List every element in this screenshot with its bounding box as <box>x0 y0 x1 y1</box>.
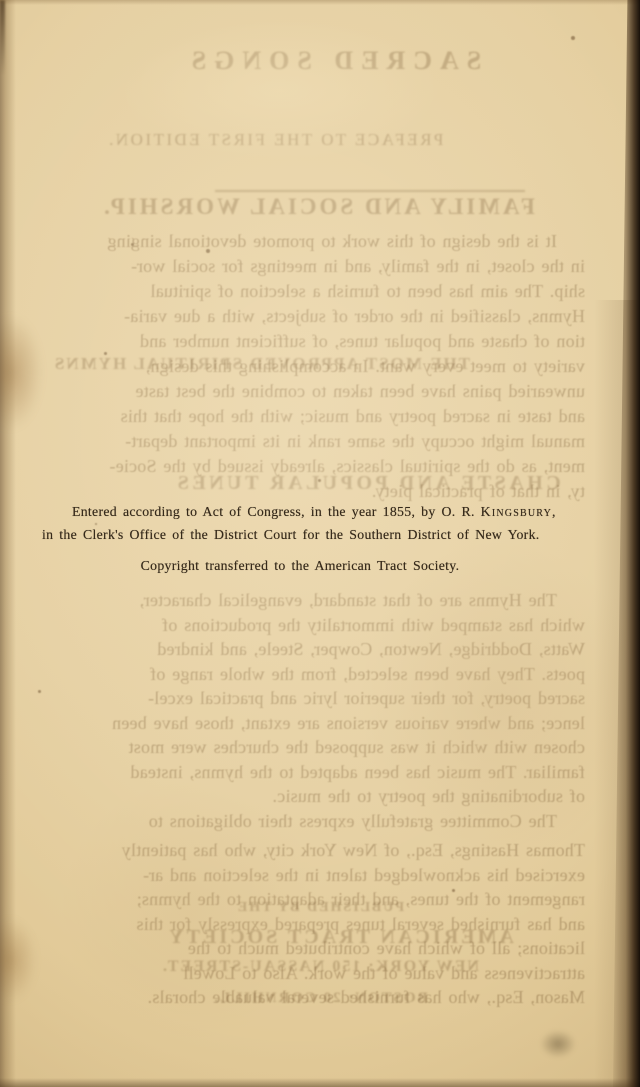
ghost-line: variety to meet every want. In accomplis… <box>32 354 585 379</box>
ghost-line: and taste in sacred poetry and music; wi… <box>32 404 585 429</box>
speck <box>38 690 41 693</box>
ghost-line: tion of chaste and popular tunes, of suf… <box>32 329 585 354</box>
entered-line-name: Kingsbury <box>481 504 552 519</box>
speck <box>571 36 575 40</box>
copyright-transfer-line: Copyright transferred to the American Tr… <box>42 554 558 577</box>
ghost-heading-family: FAMILY AND SOCIAL WORSHIP. <box>58 194 578 220</box>
page-edge-bottom <box>0 1078 640 1087</box>
ghost-line: manual might occupy the same rank in its… <box>32 429 585 454</box>
book-page: SACRED SONGSPREFACE TO THE FIRST EDITION… <box>0 0 640 1087</box>
ghost-line: ship. The aim has been to furnish a sele… <box>32 279 585 304</box>
ghost-line: It is the design of this work to promote… <box>32 229 585 254</box>
page-edge-top <box>0 0 640 5</box>
clerk-line: in the Clerk's Office of the District Co… <box>42 523 558 546</box>
speck <box>452 889 455 892</box>
ghost-line: unwearied pains have been taken to combi… <box>32 379 585 404</box>
copyright-notice: Entered according to Act of Congress, in… <box>42 500 558 577</box>
entered-line-post: , <box>552 504 556 519</box>
ghost-line: Hymns, classified in the order of subjec… <box>32 304 585 329</box>
ghost-line: in the closet, in the family, and in mee… <box>32 254 585 279</box>
speck <box>131 243 134 246</box>
ghost-line: ment, as do the spiritual classics, alre… <box>32 454 585 479</box>
speck <box>206 249 210 253</box>
ghost-paragraph-1: It is the design of this work to promote… <box>32 229 585 504</box>
paper-highlight <box>120 20 440 160</box>
speck <box>318 479 321 482</box>
page-edge-left <box>0 0 16 1087</box>
ghost-rule <box>215 190 525 192</box>
entered-line: Entered according to Act of Congress, in… <box>42 500 558 523</box>
speck <box>104 352 107 355</box>
smudge-bottom-right <box>540 1030 576 1058</box>
paper-shading <box>60 780 320 1040</box>
entered-line-pre: Entered according to Act of Congress, in… <box>72 504 481 519</box>
